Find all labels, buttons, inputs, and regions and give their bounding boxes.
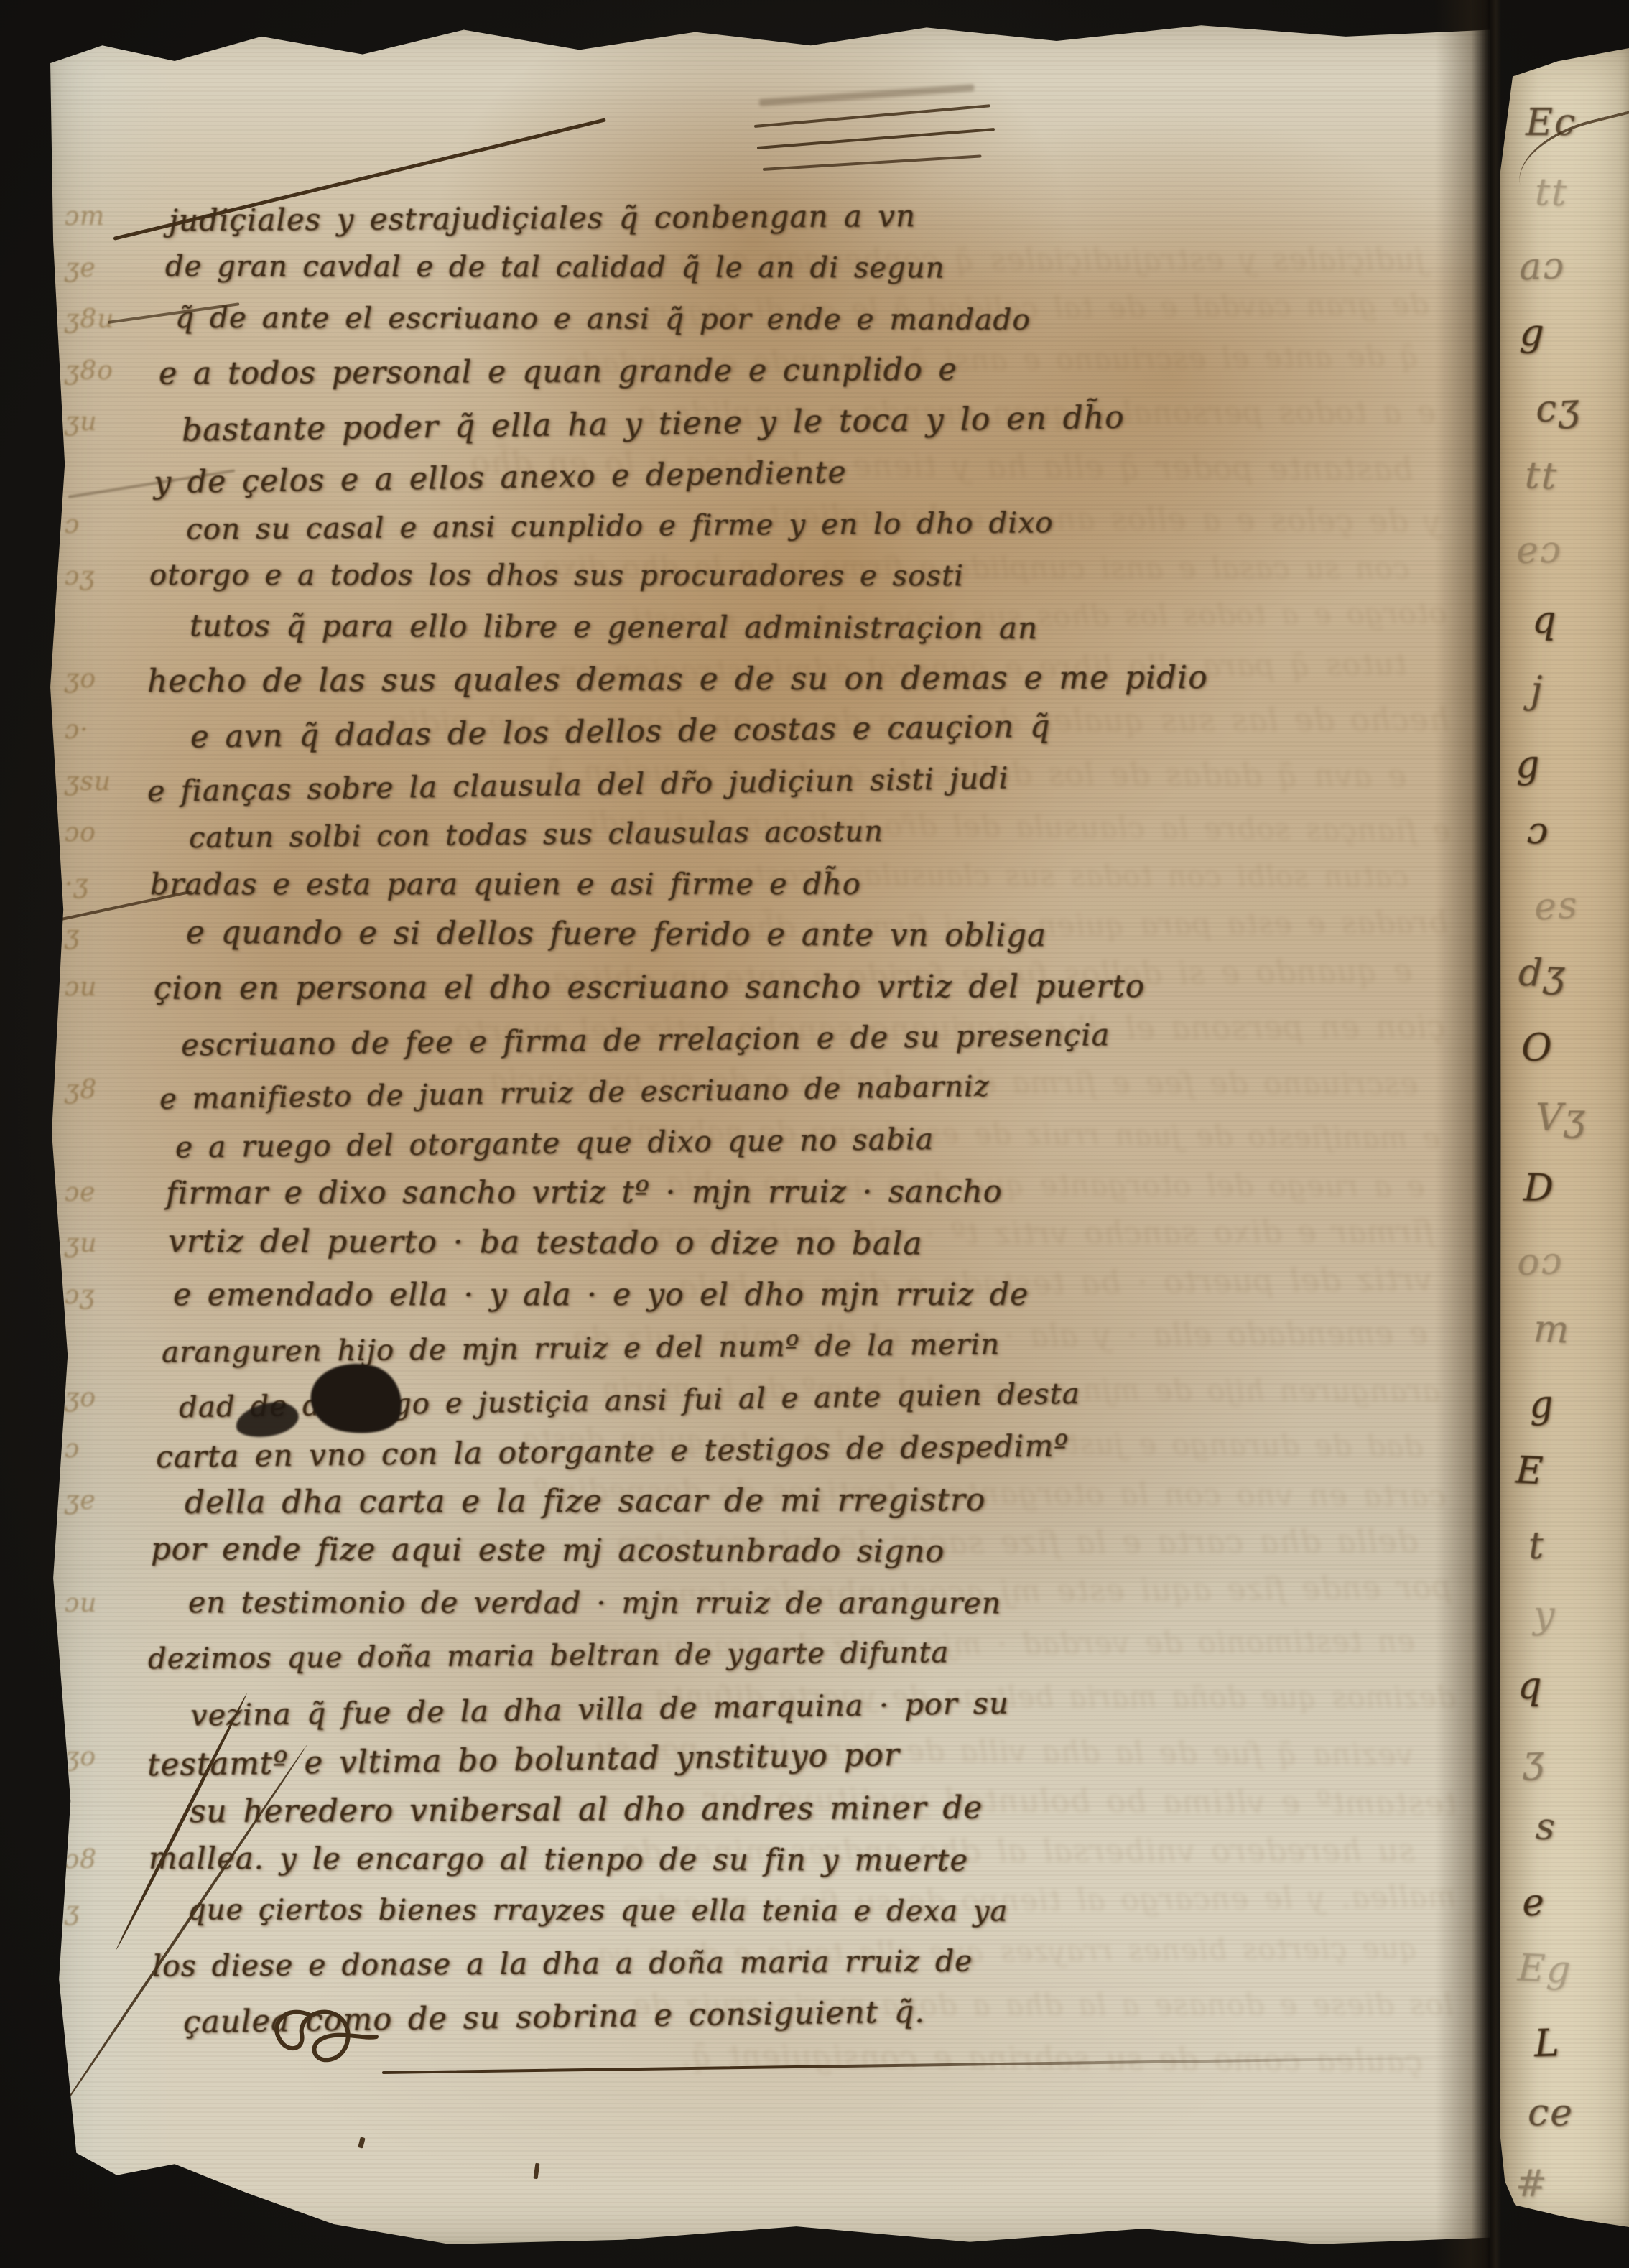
margin-ghost-mark: ʒsu	[65, 756, 151, 808]
manuscript-line: otorgo e a todos los dhos sus procurador…	[149, 550, 1449, 603]
margin-ghost-mark: ɔ	[65, 499, 151, 551]
manuscript-line: q̃ de ante el escriuano e ansi q̃ por en…	[175, 292, 1475, 347]
verso-line-fragment: t	[1528, 1507, 1629, 1583]
margin-ghost-mark: ɔ·	[65, 705, 151, 756]
verso-line-fragment: Eg	[1516, 1933, 1629, 2010]
verso-line-fragment: g	[1514, 725, 1629, 801]
verso-line-fragment: L	[1533, 2004, 1629, 2080]
manuscript-line: bradas e esta para quien e asi firme e d…	[150, 858, 1450, 910]
margin-ghost-mark: ɔe	[65, 1167, 151, 1219]
verso-line-fragment: ce	[1527, 2078, 1629, 2150]
stray-pen-mark	[533, 2163, 539, 2180]
margin-ghost-mark: ʒu	[65, 396, 151, 448]
closing-flourish-rubric	[254, 2002, 419, 2110]
margin-ghost-mark	[65, 1629, 151, 1681]
manuscript-line: firmar e dixo sancho vrtiz tº · mjn rrui…	[166, 1166, 1466, 1219]
photograph-backdrop: { "document_kind": "early-modern Spanish…	[0, 0, 1629, 2268]
pen-trial-stroke	[754, 104, 990, 128]
verso-line-fragment: Vʒ	[1536, 1083, 1629, 1155]
manuscript-line: en testimonio de verdad · mjn rruiz de a…	[188, 1577, 1488, 1630]
margin-ghost-mark	[65, 1783, 151, 1835]
margin-ghost-mark: ʒ8o	[65, 345, 151, 397]
verso-line-fragment: e	[1521, 1861, 1629, 1939]
margin-ghost-mark	[65, 1013, 151, 1064]
verso-line-fragment: s	[1534, 1792, 1629, 1870]
verso-line-fragment: j	[1530, 655, 1629, 729]
margin-ghost-mark: ɔ8	[65, 1834, 151, 1886]
manuscript-line: que çiertos bienes rrayzes que ella teni…	[187, 1884, 1488, 1938]
verso-line-fragment: g	[1528, 1363, 1629, 1441]
manuscript-line: de gran cavdal e de tal calidad q̃ le an…	[165, 241, 1465, 295]
manuscript-line: con su casal e ansi cunplido e firme y e…	[186, 493, 1487, 555]
verso-line-fragment: tt	[1534, 157, 1629, 232]
margin-ghost-mark: ʒ8	[65, 1064, 151, 1116]
margin-ghost-mark: ʒo	[65, 1732, 151, 1783]
margin-ghost-mark: ʒ	[65, 1886, 151, 1938]
manuscript-line: su heredero vnibersal al dho andres mine…	[190, 1780, 1490, 1838]
margin-ghost-mark	[65, 1115, 151, 1167]
manuscript-line: judiçiales y estrajudiçiales q̃ conbenga…	[169, 187, 1469, 246]
verso-line-fragment: ʒ	[1521, 1720, 1629, 1796]
pen-trial-stroke	[763, 154, 982, 171]
margin-ghost-mark: ʒo	[65, 654, 151, 705]
pen-trial-stroke	[759, 84, 975, 106]
verso-line-fragment: tt	[1523, 440, 1629, 517]
verso-line-fragment: #	[1515, 2149, 1629, 2221]
verso-line-fragment: es	[1533, 865, 1629, 943]
margin-ghost-mark: ɔo	[65, 807, 151, 859]
manuscript-page: judiçiales y estrajudiçiales q̃ conbenga…	[45, 19, 1490, 2246]
margin-ghost-mark: ɔʒ	[65, 551, 151, 603]
verso-line-fragment: q	[1532, 585, 1629, 657]
verso-line-fragment: aɔ	[1518, 227, 1629, 304]
verso-line-fragment: cʒ	[1534, 368, 1629, 446]
verso-line-fragment: m	[1532, 1293, 1629, 1372]
verso-line-fragment: ɔ	[1526, 796, 1629, 874]
verso-line-fragment: D	[1523, 1153, 1629, 1226]
margin-ghost-mark: ʒo	[65, 1372, 151, 1424]
closing-rule	[382, 2056, 1459, 2074]
margin-ghost-mark: ɔ	[65, 1423, 151, 1475]
margin-ghost-mark: ʒu	[65, 1218, 151, 1270]
facing-page-edge: EcttaɔgcʒtteɔqjgɔesdʒOVʒDoɔmgEtyqʒseEgLc…	[1500, 46, 1629, 2229]
stray-pen-mark	[358, 2137, 365, 2148]
facing-page-text-fragments: EcttaɔgcʒtteɔqjgɔesdʒOVʒDoɔmgEtyqʒseEgLc…	[1516, 88, 1629, 2221]
manuscript-line: vrtiz del puerto · ba testado o dize no …	[168, 1216, 1468, 1272]
margin-ghost-mark	[65, 1681, 151, 1732]
margin-ghost-mark: ɔu	[65, 962, 151, 1013]
manuscript-line: e quando e si dellos fuere ferido e ante…	[186, 908, 1486, 964]
margin-ghost-mark: ʒe	[65, 243, 151, 294]
verso-line-fragment: O	[1521, 1010, 1629, 1084]
verso-line-fragment: dʒ	[1517, 938, 1629, 1016]
manuscript-line: e emendado ella · y ala · e yo el dho mj…	[173, 1269, 1473, 1321]
manuscript-line: çion en persona el dho escriuano sancho …	[154, 960, 1454, 1014]
margin-ghost-mark: ʒe	[65, 1475, 151, 1527]
verso-line-fragment: q	[1517, 1650, 1629, 1724]
manuscript-line: mallea. y le encargo al tienpo de su fin…	[149, 1833, 1449, 1887]
verso-line-fragment: E	[1514, 1436, 1629, 1513]
margin-ghost-mark	[65, 1321, 151, 1372]
margin-ghost-mark	[65, 1937, 151, 1989]
verso-line-fragment: oɔ	[1516, 1222, 1629, 1298]
manuscript-text-block: judiçiales y estrajudiçiales q̃ conbenga…	[147, 191, 1447, 2040]
manuscript-line: della dha carta e la fize sacar de mi rr…	[185, 1472, 1485, 1528]
margin-ghost-mark: ʒ	[65, 910, 151, 962]
verso-line-fragment: Ec	[1526, 88, 1629, 159]
pen-trial-stroke	[757, 128, 995, 149]
margin-ghost-mark	[65, 602, 151, 654]
manuscript-line: tutos q̃ para ello libre e general admin…	[190, 600, 1490, 655]
margin-ghost-marks: ɔmʒeʒ8uʒ8oʒuɔɔʒʒoɔ·ʒsuɔo·ʒʒɔuʒ8ɔeʒuɔʒʒoɔ…	[65, 191, 151, 2040]
margin-ghost-mark: ɔu	[65, 1578, 151, 1630]
verso-line-fragment: g	[1518, 297, 1629, 376]
verso-line-fragment: y	[1533, 1580, 1629, 1653]
verso-line-fragment: eɔ	[1516, 513, 1629, 587]
manuscript-line: por ende fize aqui este mj acostunbrado …	[151, 1524, 1451, 1579]
margin-ghost-mark	[65, 1526, 151, 1578]
margin-ghost-mark: ɔʒ	[65, 1270, 151, 1321]
